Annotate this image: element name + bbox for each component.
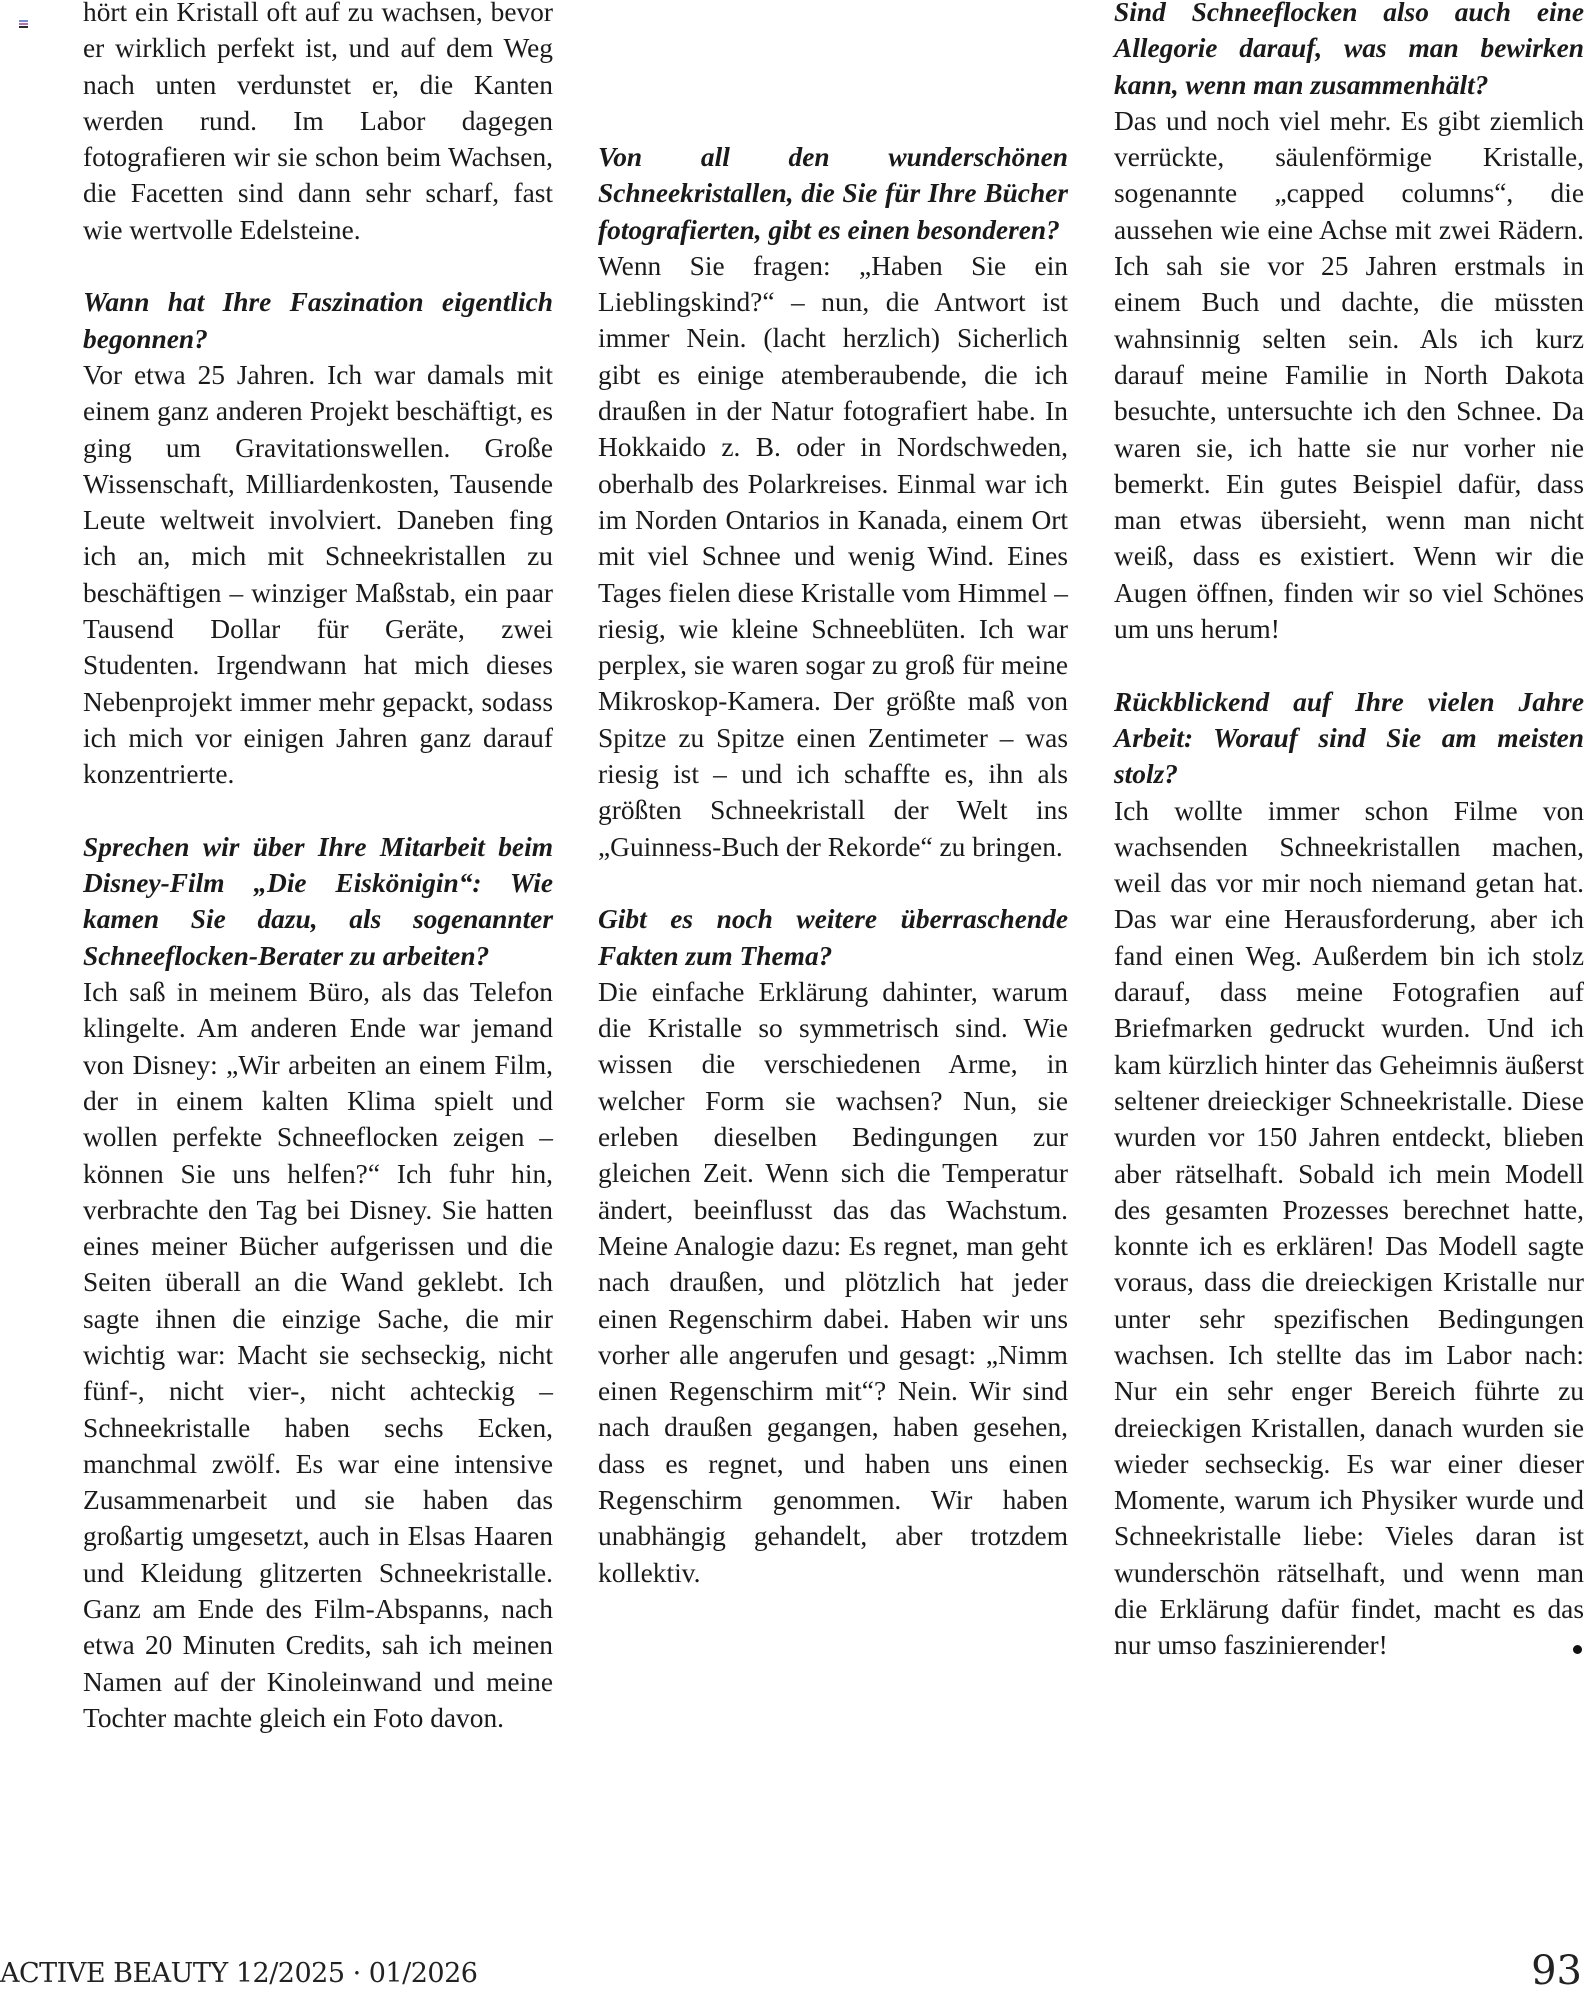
article-column-2: Von all den wunderschönen Schneekristall… [598, 139, 1068, 1591]
article-column-1: hört ein Kristall oft auf zu wachsen, be… [83, 0, 553, 1736]
answer-paragraph: hört ein Kristall oft auf zu wachsen, be… [83, 0, 553, 248]
interview-question: Gibt es noch weitere überraschende Fakte… [598, 901, 1068, 974]
interview-question: Sprechen wir über Ihre Mitarbeit beim Di… [83, 829, 553, 974]
end-of-article-dot-icon [1573, 1645, 1582, 1654]
page-number: 93 [1531, 1948, 1582, 1994]
answer-paragraph: Ich saß in meinem Büro, als das Telefon … [83, 974, 553, 1736]
marker-bar-dark [19, 26, 28, 28]
article-column-3: Sind Schneeflocken also auch eine Allego… [1114, 0, 1584, 1664]
answer-paragraph: Ich wollte immer schon Filme von wachsen… [1114, 793, 1584, 1664]
publication-footer: ACTIVE BEAUTY 12/2025 · 01/2026 [0, 1958, 477, 1989]
interview-question: Wann hat Ihre Faszination eigentlich beg… [83, 284, 553, 357]
answer-paragraph: Wenn Sie fragen: „Haben Sie ein Liebling… [598, 248, 1068, 865]
answer-paragraph: Das und noch viel mehr. Es gibt ziemlich… [1114, 103, 1584, 647]
marker-bar-blue [19, 20, 28, 22]
answer-text: Ich wollte immer schon Filme von wachsen… [1114, 796, 1584, 1661]
interview-question: Sind Schneeflocken also auch eine Allego… [1114, 0, 1584, 103]
color-marker-icon [19, 20, 28, 28]
answer-paragraph: Vor etwa 25 Jahren. Ich war damals mit e… [83, 357, 553, 793]
marker-bar-purple [19, 23, 28, 25]
interview-question: Von all den wunderschönen Schneekristall… [598, 139, 1068, 248]
answer-paragraph: Die einfache Erklärung dahinter, warum d… [598, 974, 1068, 1591]
interview-question: Rückblickend auf Ihre vielen Jahre Arbei… [1114, 684, 1584, 793]
